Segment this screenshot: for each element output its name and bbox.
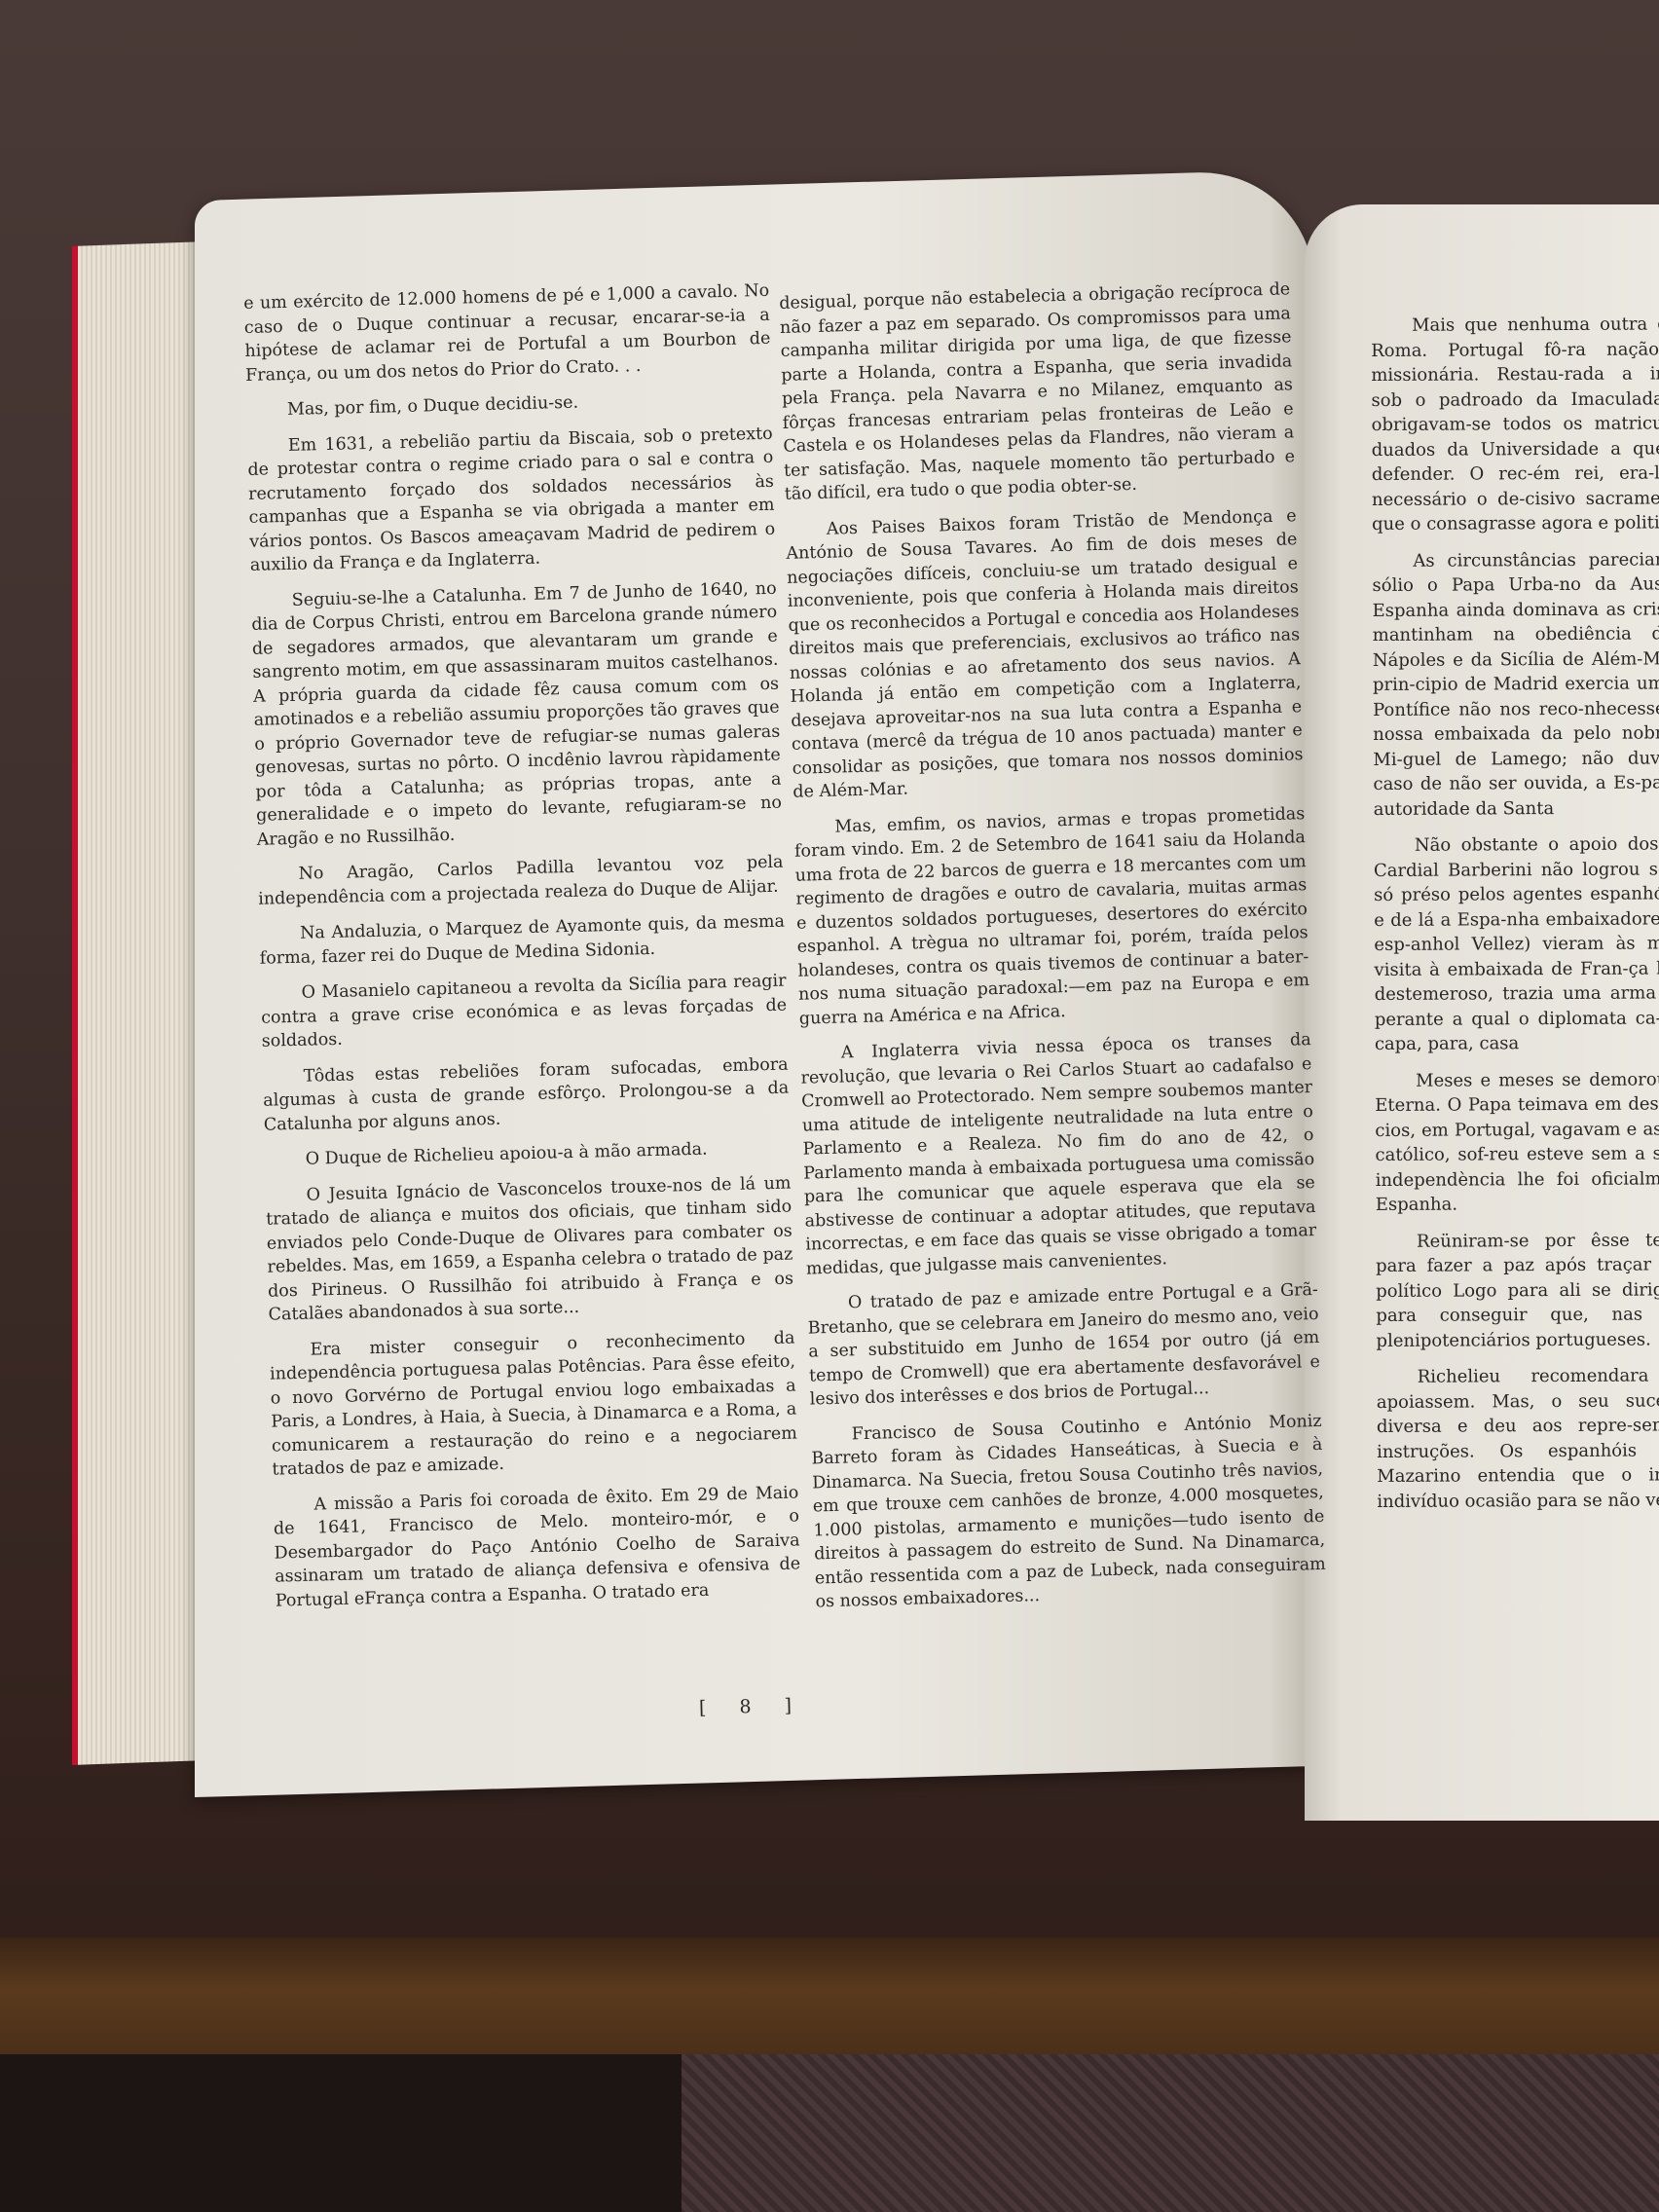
paragraph: O Duque de Richelieu apoiou-a à mão arma… <box>265 1136 791 1173</box>
paragraph: A missão a Paris foi coroada de êxito. E… <box>273 1481 801 1613</box>
left-page-column-1: e um exército de 12.000 homens de pé e 1… <box>243 279 801 1625</box>
paragraph: A Inglaterra vivia nessa época os transe… <box>800 1028 1318 1281</box>
paragraph: No Aragão, Carlos Padilla levantou voz p… <box>257 851 784 911</box>
paragraph: Aos Paises Baixos foram Tristão de Mendo… <box>785 504 1304 805</box>
paragraph: Mas, emfim, os navios, armas e tropas pr… <box>793 802 1310 1031</box>
paragraph: Mas, por fim, o Duque decidiu-se. <box>246 387 772 424</box>
paragraph: Na Andaluzia, o Marquez de Ayamonte quis… <box>259 910 786 971</box>
paragraph: Meses e meses se demorou pela Cidade Ete… <box>1375 1066 1659 1217</box>
paragraph: e um exército de 12.000 homens de pé e 1… <box>243 279 771 387</box>
left-page-column-2: desigual, porque não estabelecia a obrig… <box>779 277 1327 1626</box>
paragraph: Francisco de Sousa Coutinho e António Mo… <box>810 1409 1326 1614</box>
paragraph: Não obstante o apoio dos do poderoso Car… <box>1374 831 1659 1057</box>
paragraph: Tôdas estas rebeliões foram sufocadas, e… <box>262 1052 790 1137</box>
table-edge <box>0 1937 1659 2054</box>
floor-shadow <box>0 2054 682 2212</box>
paragraph: Reüniram-se por êsse tempo gressos para … <box>1376 1227 1659 1353</box>
paragraph: Seguiu-se-lhe a Catalunha. Em 7 de Junho… <box>250 576 782 852</box>
paragraph: O Masanielo capitaneou a revolta da Sicí… <box>260 970 788 1054</box>
paragraph: Mais que nenhuma outra em-baixada a Roma… <box>1371 312 1659 537</box>
paragraph: O tratado de paz e amizade entre Portuga… <box>807 1278 1321 1412</box>
paragraph: As circunstâncias pareciam ocupava o sól… <box>1372 546 1659 822</box>
paragraph: Era mister conseguir o reconhecimento da… <box>269 1326 797 1482</box>
paragraph: Richelieu recomendara aos se-us apoiasse… <box>1377 1363 1659 1514</box>
right-page-visible-area: Mais que nenhuma outra em-baixada a Roma… <box>1305 204 1659 1821</box>
paragraph: desigual, porque não estabelecia a obrig… <box>779 277 1296 506</box>
paragraph: Em 1631, a rebelião partiu da Biscaia, s… <box>247 422 776 577</box>
right-page-column-1: Mais que nenhuma outra em-baixada a Roma… <box>1371 312 1659 1526</box>
page-number: [ 8 ] <box>699 1695 806 1719</box>
paragraph: O Jesuita Ignácio de Vasconcelos trouxe-… <box>265 1171 793 1327</box>
